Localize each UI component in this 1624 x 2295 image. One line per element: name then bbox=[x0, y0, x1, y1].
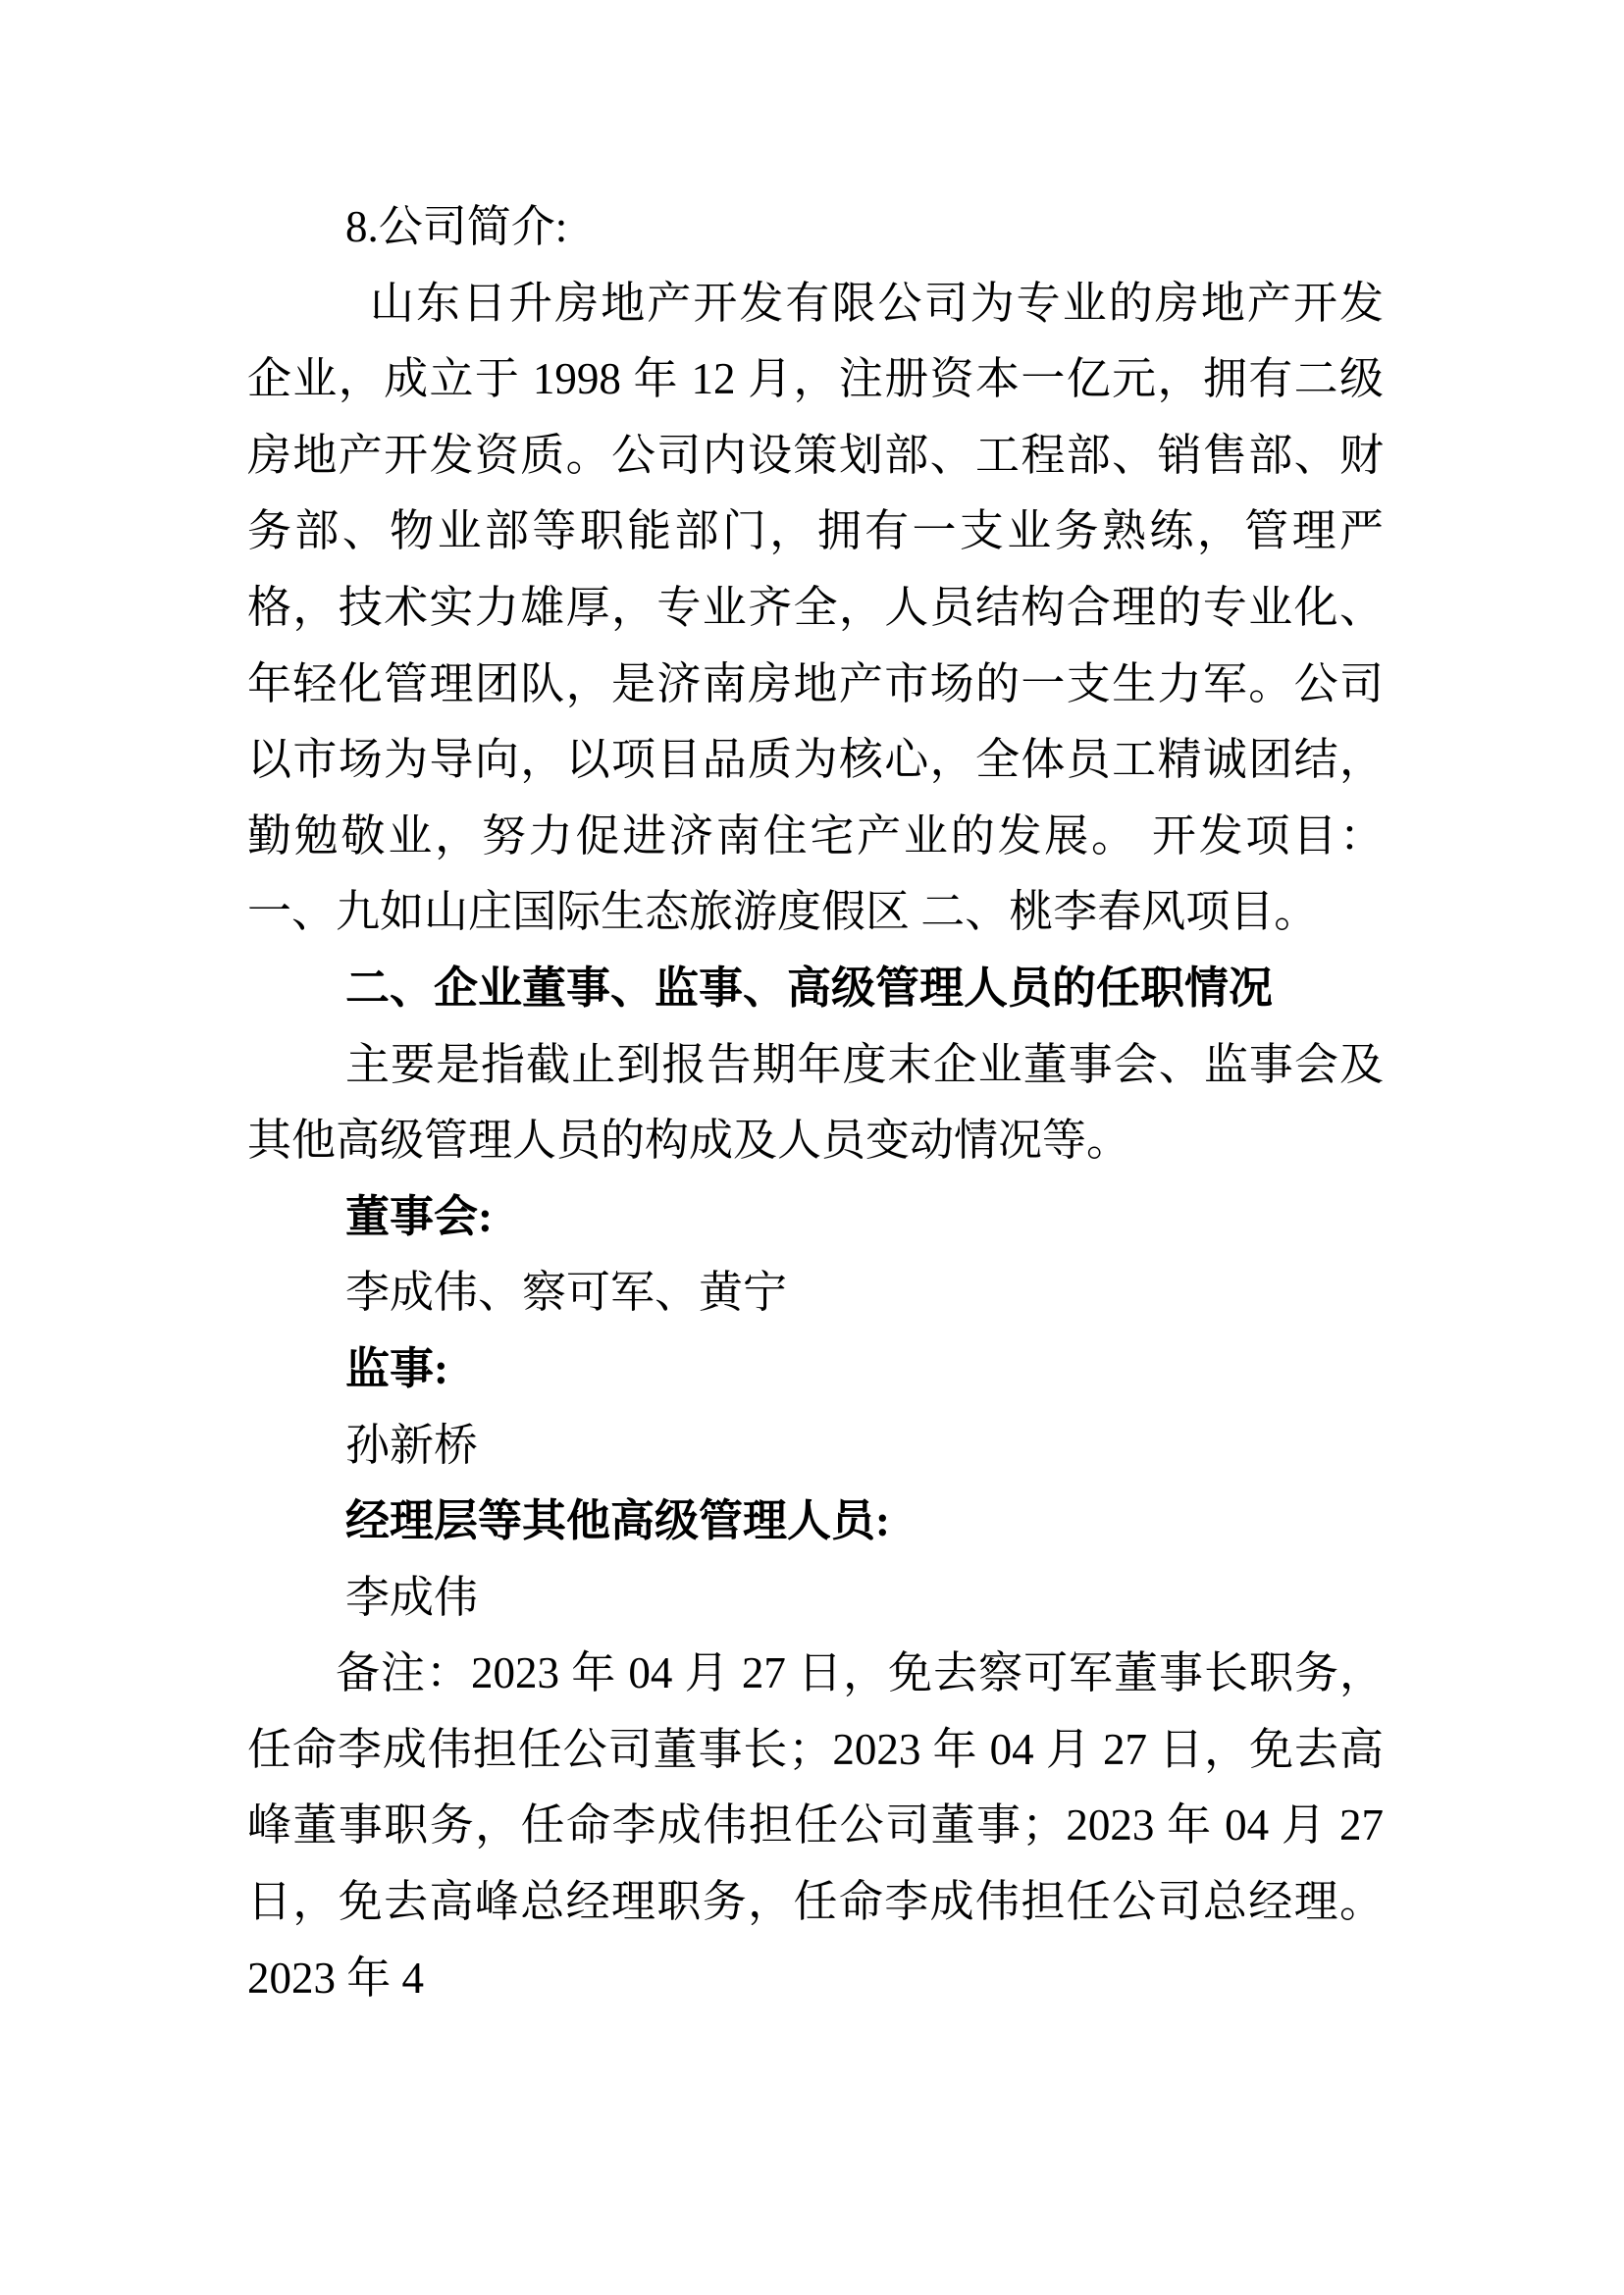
paragraph-subheading-supervisor: 监事: bbox=[247, 1331, 1384, 1408]
paragraph-company-intro-heading: 8.公司简介: bbox=[247, 189, 1384, 266]
paragraph-board-members: 李成伟、察可军、黄宁 bbox=[247, 1255, 1384, 1331]
document-content: 8.公司简介: 山东日升房地产开发有限公司为专业的房地产开发企业，成立于 199… bbox=[247, 189, 1384, 2016]
paragraph-remark: 备注：2023 年 04 月 27 日，免去察可军董事长职务，任命李成伟担任公司… bbox=[247, 1636, 1384, 2016]
paragraph-executive-name: 李成伟 bbox=[247, 1560, 1384, 1637]
document-page: 8.公司简介: 山东日升房地产开发有限公司为专业的房地产开发企业，成立于 199… bbox=[0, 0, 1624, 2295]
paragraph-subheading-board: 董事会: bbox=[247, 1179, 1384, 1256]
paragraph-supervisor-name: 孙新桥 bbox=[247, 1408, 1384, 1485]
paragraph-subheading-executives: 经理层等其他高级管理人员: bbox=[247, 1484, 1384, 1560]
paragraph-section-intro: 主要是指截止到报告期年度末企业董事会、监事会及其他高级管理人员的构成及人员变动情… bbox=[247, 1027, 1384, 1179]
paragraph-section-heading-officers: 二、企业董事、监事、高级管理人员的任职情况 bbox=[247, 951, 1384, 1027]
paragraph-company-profile-body: 山东日升房地产开发有限公司为专业的房地产开发企业，成立于 1998 年 12 月… bbox=[247, 266, 1384, 951]
